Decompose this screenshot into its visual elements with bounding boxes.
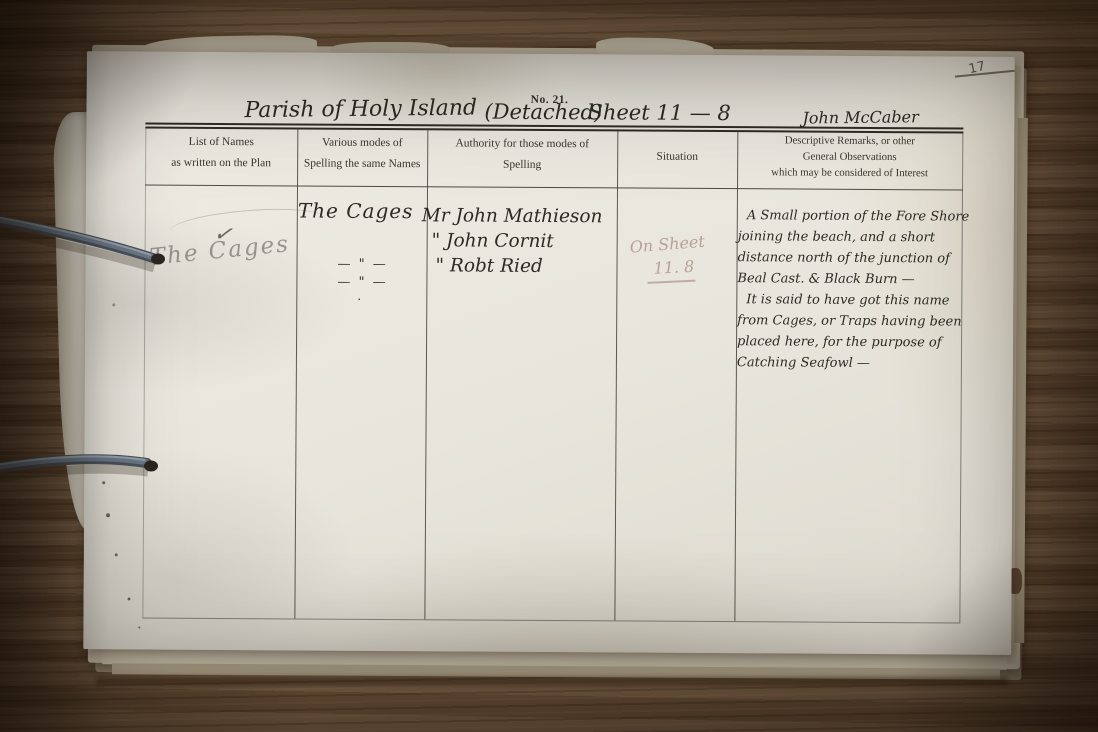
situation-underline xyxy=(647,280,695,284)
column-header-line: General Observations xyxy=(737,150,962,163)
ink-speck xyxy=(106,513,110,517)
column-header-remarks: Descriptive Remarks, or other General Ob… xyxy=(737,134,962,183)
entry-spelling: The Cages xyxy=(298,198,414,223)
entry-situation-line2: 11. 8 xyxy=(653,257,695,278)
column-header-line: Authority for those modes of xyxy=(427,137,617,150)
header-bottom-rule xyxy=(145,185,963,191)
column-header-line: Situation xyxy=(617,150,737,163)
entry-authority-names: Mr John Mathieson " John Cornit " Robt R… xyxy=(421,203,602,279)
page-edge-shadow xyxy=(96,677,1008,686)
table-vertical-rule xyxy=(142,127,146,618)
column-header-line: Spelling the same Names xyxy=(297,157,427,170)
remarks-line: joining the beach, and a short xyxy=(738,226,964,248)
remarks-line: placed here, for the purpose of xyxy=(737,331,963,353)
table-vertical-rule xyxy=(734,130,738,621)
header-parish-handwriting: Parish of Holy Island xyxy=(244,96,477,124)
ditto-dot: . xyxy=(357,289,363,303)
column-header-line: Descriptive Remarks, or other xyxy=(737,134,962,147)
authority-name: Mr John Mathieson xyxy=(422,203,603,229)
column-header-line: as written on the Plan xyxy=(145,157,297,170)
column-header-line: Spelling xyxy=(427,158,617,171)
column-header-line: Various modes of xyxy=(297,136,427,149)
register-page: No. 21. Parish of Holy Island (Detached)… xyxy=(83,51,1015,655)
remarks-line: Catching Seafowl — xyxy=(737,352,963,374)
remarks-line: It is said to have got this name xyxy=(737,289,963,311)
table-vertical-rule xyxy=(959,132,963,623)
entry-remarks: A Small portion of the Fore Shore joinin… xyxy=(737,205,964,374)
ink-speck xyxy=(102,481,105,484)
entry-name-on-plan: The Cages xyxy=(149,231,291,271)
column-header-spelling-modes: Various modes of Spelling the same Names xyxy=(297,136,427,179)
remarks-line: A Small portion of the Fore Shore xyxy=(738,205,964,227)
remarks-line: distance north of the junction of xyxy=(738,247,964,269)
column-header-line: List of Names xyxy=(145,136,297,149)
table-bottom-rule xyxy=(142,618,960,624)
ink-speck xyxy=(127,597,130,600)
ink-speck xyxy=(115,553,118,556)
column-header-line: which may be considered of Interest xyxy=(737,166,962,179)
table-vertical-rule xyxy=(614,129,618,620)
column-header-authority: Authority for those modes of Spelling xyxy=(427,137,617,180)
header-sheet-handwriting: Sheet 11 — 8 xyxy=(588,100,730,125)
ditto-mark: — " — xyxy=(337,257,387,272)
ink-speck xyxy=(112,303,115,306)
column-header-situation: Situation xyxy=(617,150,737,172)
photo-of-register-document: No. 21. Parish of Holy Island (Detached)… xyxy=(0,0,1098,732)
ink-speck xyxy=(138,626,140,628)
header-detached-handwriting: (Detached) xyxy=(484,100,602,125)
authority-name: " Robt Ried xyxy=(421,253,602,279)
entry-situation-line1: On Sheet xyxy=(629,232,705,257)
column-header-list-of-names: List of Names as written on the Plan xyxy=(145,136,297,179)
header-surveyor-name: John McCaber xyxy=(802,107,918,127)
remarks-line: from Cages, or Traps having been xyxy=(737,310,963,332)
ditto-mark: — " — xyxy=(337,275,387,290)
remarks-line: Beal Cast. & Black Burn — xyxy=(737,268,963,290)
authority-name: " John Cornit xyxy=(422,228,603,254)
table-vertical-rule xyxy=(424,128,428,619)
